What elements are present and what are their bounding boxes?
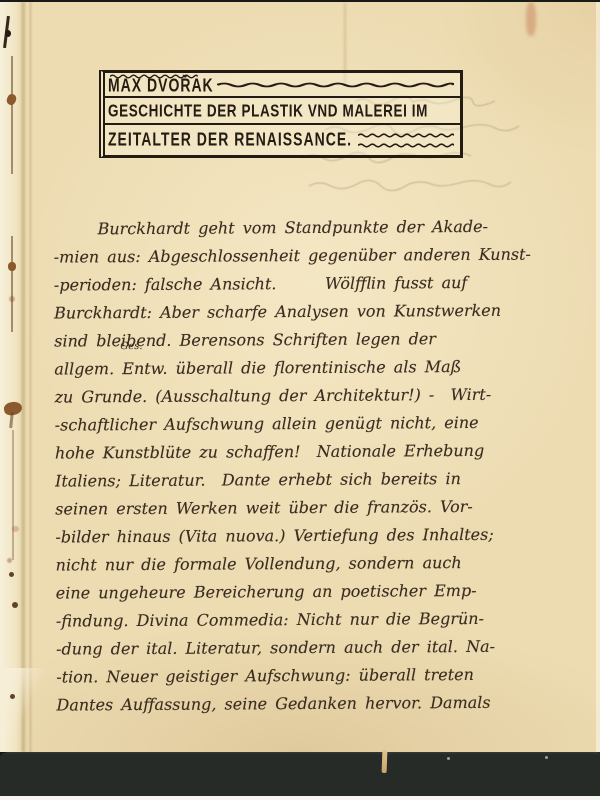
manuscript-line: nicht nur die formale Vollendung, sonder… [56, 548, 556, 579]
manuscript-line: -findung. Divina Commedia: Nicht nur die… [56, 604, 556, 635]
manuscript-line: hohe Kunstblüte zu schaffen! Nationale E… [55, 436, 555, 467]
stitch-thread [11, 236, 13, 332]
manuscript-line: allgem. Entw. überall die florentinische… [54, 352, 554, 383]
scan-bottom-edge [0, 796, 600, 800]
manuscript-line: -bilder hinaus (Vita nuova.) Vertiefung … [55, 520, 555, 551]
wavy-line-icon [358, 142, 454, 149]
rust-stain [526, 2, 536, 36]
title-box: MAX DVOŘAK GESCHICHTE DER PLASTIK VND MA… [99, 70, 463, 158]
manuscript-line: -schaftlicher Aufschwung allein genügt n… [55, 408, 555, 439]
dust-speck [447, 757, 450, 760]
corner-fold [0, 668, 46, 752]
manuscript-line: eine ungeheure Bereicherung an poetische… [56, 576, 556, 607]
stitch-thread [12, 430, 14, 560]
manuscript-line: Burckhardt geht vom Standpunkte der Akad… [53, 212, 553, 243]
title-row-1: MAX DVOŘAK [105, 73, 460, 98]
stitch-thread [11, 56, 13, 174]
wavy-line-icon [358, 132, 454, 139]
left-crease [28, 2, 33, 752]
wavy-line-icon [217, 81, 454, 89]
manuscript-line: -perioden: falsche Ansicht. Wölfflin fus… [54, 268, 554, 299]
wavy-line-stack [358, 132, 454, 149]
stitch-knot [5, 30, 11, 37]
title-row-3: ZEITALTER DER RENAISSANCE. [105, 125, 460, 153]
manuscript-insertion: Ges. [120, 341, 142, 352]
title-row-2: GESCHICHTE DER PLASTIK VND MALEREI IM [105, 98, 460, 125]
title-line: GESCHICHTE DER PLASTIK VND MALEREI IM [108, 101, 428, 121]
manuscript-line: Dantes Auffassung, seine Gedanken hervor… [56, 688, 556, 719]
manuscript-line: -tion. Neuer geistiger Aufschwung: übera… [56, 660, 556, 691]
binding-edge-shadow [22, 2, 25, 752]
manuscript-line: -mien aus: Abgeschlossenheit gegenüber a… [54, 240, 554, 271]
scanned-page: MAX DVOŘAK GESCHICHTE DER PLASTIK VND MA… [0, 0, 600, 800]
stitch-knot [8, 262, 16, 271]
manuscript-line: -dung der ital. Literatur, sondern auch … [56, 632, 556, 663]
manuscript-line: Burckhardt: Aber scharfe Analysen von Ku… [54, 296, 554, 327]
page-marker-tab [382, 750, 388, 773]
stitch-dot [12, 602, 18, 608]
stitch-dot [9, 572, 14, 577]
paper-right-edge [596, 2, 600, 752]
dust-speck [545, 756, 548, 759]
manuscript-line: zu Grunde. (Ausschaltung der Architektur… [54, 380, 554, 411]
title-line: ZEITALTER DER RENAISSANCE. [108, 129, 352, 150]
manuscript-body: Burckhardt geht vom Standpunkte der Akad… [53, 212, 556, 719]
title-author: MAX DVOŘAK [108, 74, 214, 95]
stitch-dot [10, 694, 15, 699]
book-block-edge [0, 752, 600, 796]
manuscript-line: seinen ersten Werken weit über die franz… [55, 492, 555, 523]
manuscript-line: Italiens; Literatur. Dante erhebt sich b… [55, 464, 555, 495]
